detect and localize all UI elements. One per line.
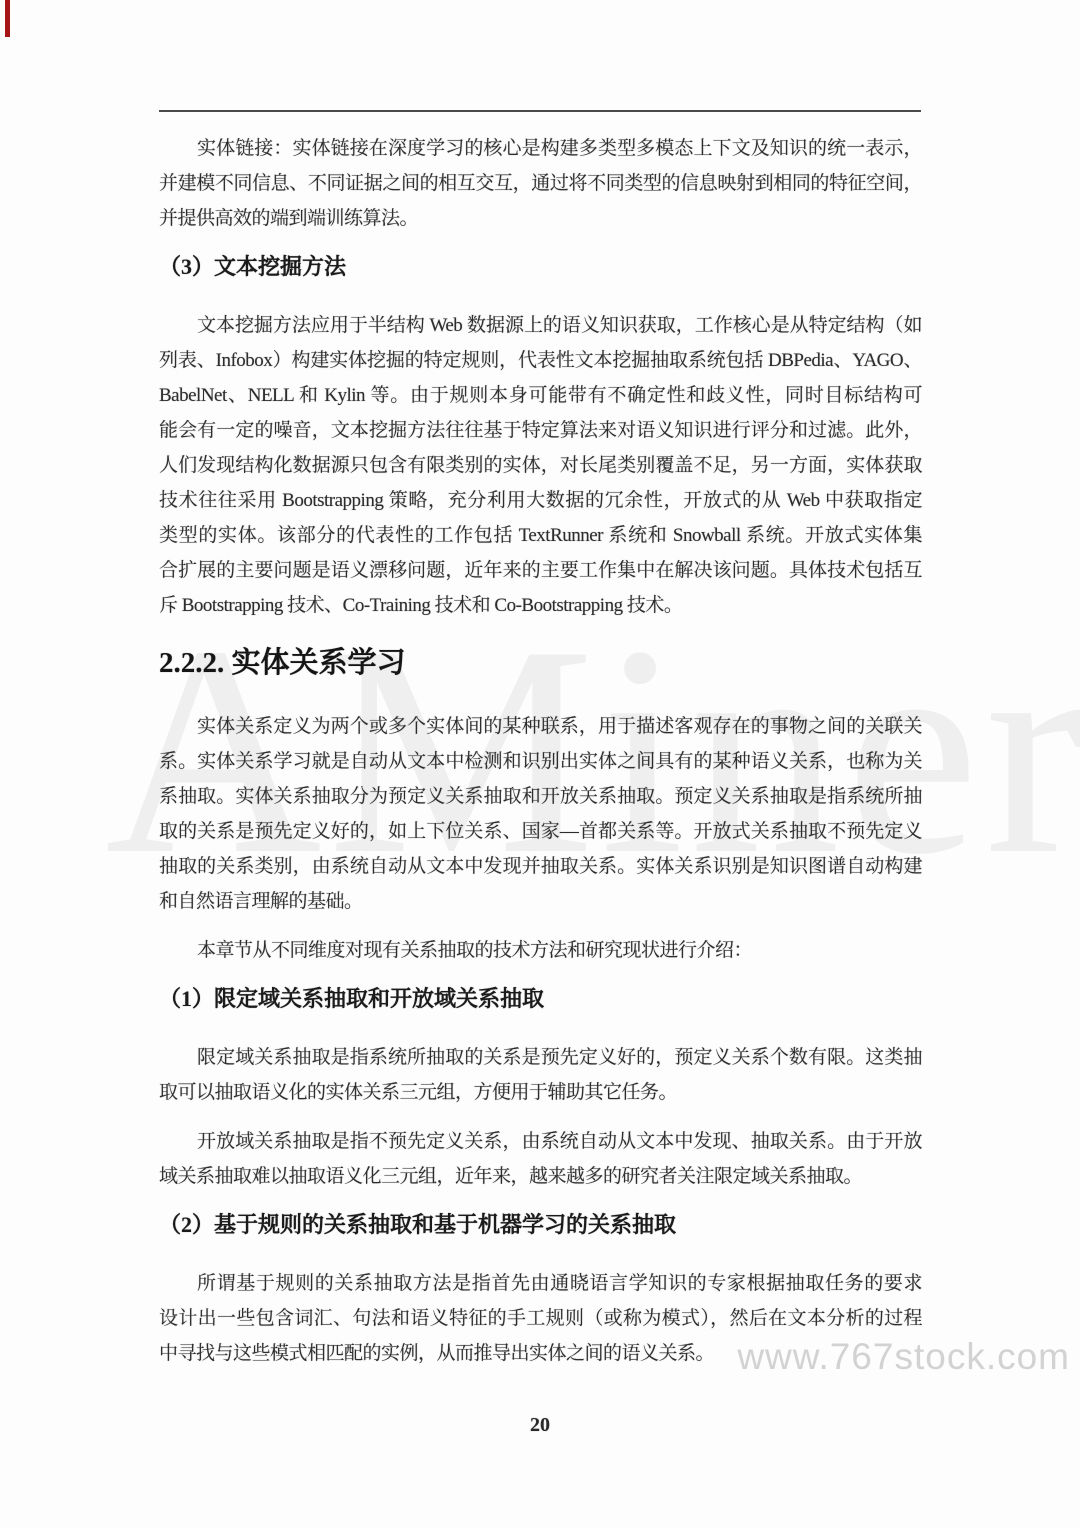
document-body: 实体链接：实体链接在深度学习的核心是构建多类型多模态上下文及知识的统一表示，并建… xyxy=(159,131,922,1385)
paragraph: 开放域关系抽取是指不预先定义关系，由系统自动从文本中发现、抽取关系。由于开放域关… xyxy=(159,1124,922,1194)
stock-site-watermark: www.767stock.com xyxy=(737,1336,1070,1378)
paragraph-line: 并提供高效的端到端训练算法。 xyxy=(159,201,922,236)
paragraph-line: 限定域关系抽取是指系统所抽取的关系是预先定义好的，预定义关系个数有限。这类抽 xyxy=(159,1040,922,1075)
paragraph-line: 实体链接：实体链接在深度学习的核心是构建多类型多模态上下文及知识的统一表示， xyxy=(159,131,922,166)
paragraph-line: BabelNet、NELL 和 Kylin 等。由于规则本身可能带有不确定性和歧… xyxy=(159,378,922,413)
paragraph-line: 列表、Infobox）构建实体挖掘的特定规则，代表性文本挖掘抽取系统包括 DBP… xyxy=(159,343,922,378)
paragraph-line: 取的关系是预先定义好的，如上下位关系、国家—首都关系等。开放式关系抽取不预先定义 xyxy=(159,814,922,849)
paragraph-line: 并建模不同信息、不同证据之间的相互交互，通过将不同类型的信息映射到相同的特征空间… xyxy=(159,166,922,201)
paragraph-line: 类型的实体。该部分的代表性的工作包括 TextRunner 系统和 Snowba… xyxy=(159,518,922,553)
header-rule xyxy=(159,110,921,112)
paragraph: 实体关系定义为两个或多个实体间的某种联系，用于描述客观存在的事物之间的关联关系。… xyxy=(159,709,922,919)
paragraph-line: 设计出一些包含词汇、句法和语义特征的手工规则（或称为模式），然后在文本分析的过程 xyxy=(159,1301,922,1336)
red-margin-mark xyxy=(5,0,10,37)
paragraph-line: 抽取的关系类别，由系统自动从文本中发现并抽取关系。实体关系识别是知识图谱自动构建 xyxy=(159,849,922,884)
paragraph-line: 技术往往采用 Bootstrapping 策略，充分利用大数据的冗余性，开放式的… xyxy=(159,483,922,518)
subsection-heading: （3）文本挖掘方法 xyxy=(159,250,922,284)
paragraph-line: 域关系抽取难以抽取语义化三元组，近年来，越来越多的研究者关注限定域关系抽取。 xyxy=(159,1159,922,1194)
paragraph-line: 所谓基于规则的关系抽取方法是指首先由通晓语言学知识的专家根据抽取任务的要求 xyxy=(159,1266,922,1301)
paragraph-line: 实体关系定义为两个或多个实体间的某种联系，用于描述客观存在的事物之间的关联关 xyxy=(159,709,922,744)
paragraph-line: 合扩展的主要问题是语义漂移问题，近年来的主要工作集中在解决该问题。具体技术包括互 xyxy=(159,553,922,588)
page-number: 20 xyxy=(0,1414,1080,1437)
paragraph-line: 人们发现结构化数据源只包含有限类别的实体，对长尾类别覆盖不足，另一方面，实体获取 xyxy=(159,448,922,483)
paragraph: 文本挖掘方法应用于半结构 Web 数据源上的语义知识获取，工作核心是从特定结构（… xyxy=(159,308,922,623)
paragraph: 实体链接：实体链接在深度学习的核心是构建多类型多模态上下文及知识的统一表示，并建… xyxy=(159,131,922,236)
paragraph: 本章节从不同维度对现有关系抽取的技术方法和研究现状进行介绍： xyxy=(159,933,922,968)
paragraph-line: 取可以抽取语义化的实体关系三元组，方便用于辅助其它任务。 xyxy=(159,1075,922,1110)
document-page: AMiner 实体链接：实体链接在深度学习的核心是构建多类型多模态上下文及知识的… xyxy=(0,0,1080,1528)
paragraph-line: 能会有一定的噪音，文本挖掘方法往往基于特定算法来对语义知识进行评分和过滤。此外， xyxy=(159,413,922,448)
paragraph-line: 系。实体关系学习就是自动从文本中检测和识别出实体之间具有的某种语义关系，也称为关 xyxy=(159,744,922,779)
paragraph-line: 开放域关系抽取是指不预先定义关系，由系统自动从文本中发现、抽取关系。由于开放 xyxy=(159,1124,922,1159)
subsection-heading: （1）限定域关系抽取和开放域关系抽取 xyxy=(159,982,922,1016)
subsection-heading: （2）基于规则的关系抽取和基于机器学习的关系抽取 xyxy=(159,1208,922,1242)
paragraph-line: 文本挖掘方法应用于半结构 Web 数据源上的语义知识获取，工作核心是从特定结构（… xyxy=(159,308,922,343)
paragraph: 限定域关系抽取是指系统所抽取的关系是预先定义好的，预定义关系个数有限。这类抽取可… xyxy=(159,1040,922,1110)
paragraph-line: 和自然语言理解的基础。 xyxy=(159,884,922,919)
paragraph-line: 斥 Bootstrapping 技术、Co-Training 技术和 Co-Bo… xyxy=(159,588,922,623)
paragraph-line: 本章节从不同维度对现有关系抽取的技术方法和研究现状进行介绍： xyxy=(159,933,922,968)
paragraph-line: 系抽取。实体关系抽取分为预定义关系抽取和开放关系抽取。预定义关系抽取是指系统所抽 xyxy=(159,779,922,814)
section-heading: 2.2.2. 实体关系学习 xyxy=(159,641,922,685)
